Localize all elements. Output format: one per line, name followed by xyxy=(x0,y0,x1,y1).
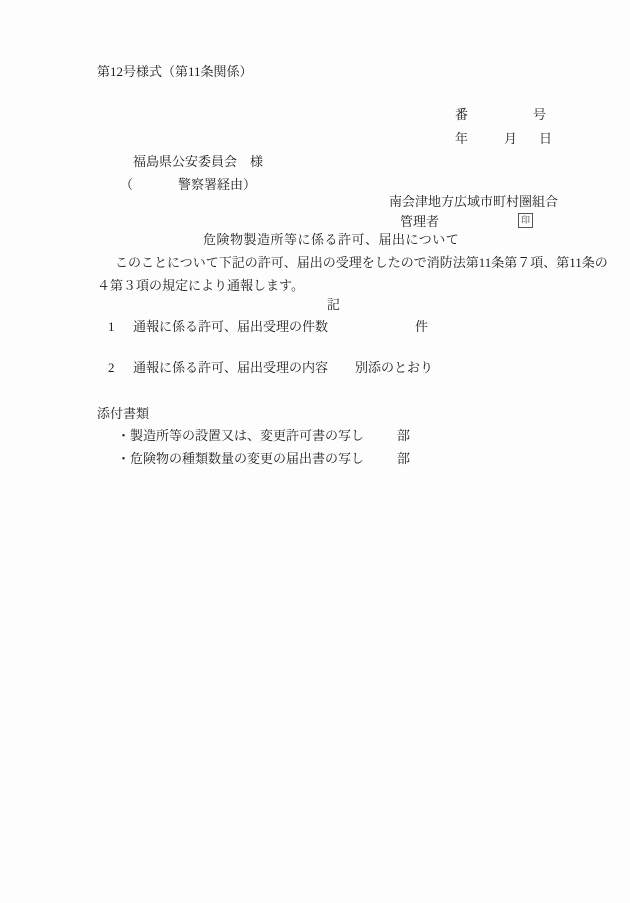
document-number-suffix: 号 xyxy=(533,107,546,123)
seal-placeholder: 印 xyxy=(518,213,533,228)
via-police-station: 警察署経由） xyxy=(178,177,256,193)
document-title: 危険物製造所等に係る許可、届出について xyxy=(203,232,459,248)
attachment-1-label: ・製造所等の設置又は、変更許可書の写し xyxy=(117,428,364,444)
attachment-2-label: ・危険物の種類数量の変更の届出書の写し xyxy=(117,451,364,467)
form-number: 第12号様式（第11条関係） xyxy=(97,64,253,80)
sender-title: 管理者 xyxy=(400,214,439,230)
item-2-value: 別添のとおり xyxy=(355,360,433,376)
via-open-paren: （ xyxy=(120,177,133,193)
sender-organization: 南会津地方広域市町村圏組合 xyxy=(389,194,558,210)
date-year-label: 年 xyxy=(455,131,468,147)
attachment-1-unit: 部 xyxy=(397,428,410,444)
date-month-label: 月 xyxy=(504,131,517,147)
item-1-unit: 件 xyxy=(415,319,428,335)
item-2-label: 通報に係る許可、届出受理の内容 xyxy=(133,360,328,376)
item-1-number: 1 xyxy=(108,319,115,335)
body-paragraph-line2: ４第３項の規定により通報します。 xyxy=(97,278,304,294)
item-1-label: 通報に係る許可、届出受理の件数 xyxy=(133,319,328,335)
document-number-label: 番 xyxy=(455,107,468,123)
item-2-number: 2 xyxy=(108,360,115,376)
attachments-heading: 添付書類 xyxy=(97,406,149,422)
addressee: 福島県公安委員会 様 xyxy=(133,154,263,170)
date-day-label: 日 xyxy=(539,131,552,147)
ki-heading: 記 xyxy=(327,297,340,313)
document-page: 第12号様式（第11条関係） 番 号 年 月 日 福島県公安委員会 様 （ 警察… xyxy=(0,0,630,903)
body-paragraph-line1: このことについて下記の許可、届出の受理をしたので消防法第11条第７項、第11条の xyxy=(115,255,608,271)
attachment-2-unit: 部 xyxy=(397,451,410,467)
